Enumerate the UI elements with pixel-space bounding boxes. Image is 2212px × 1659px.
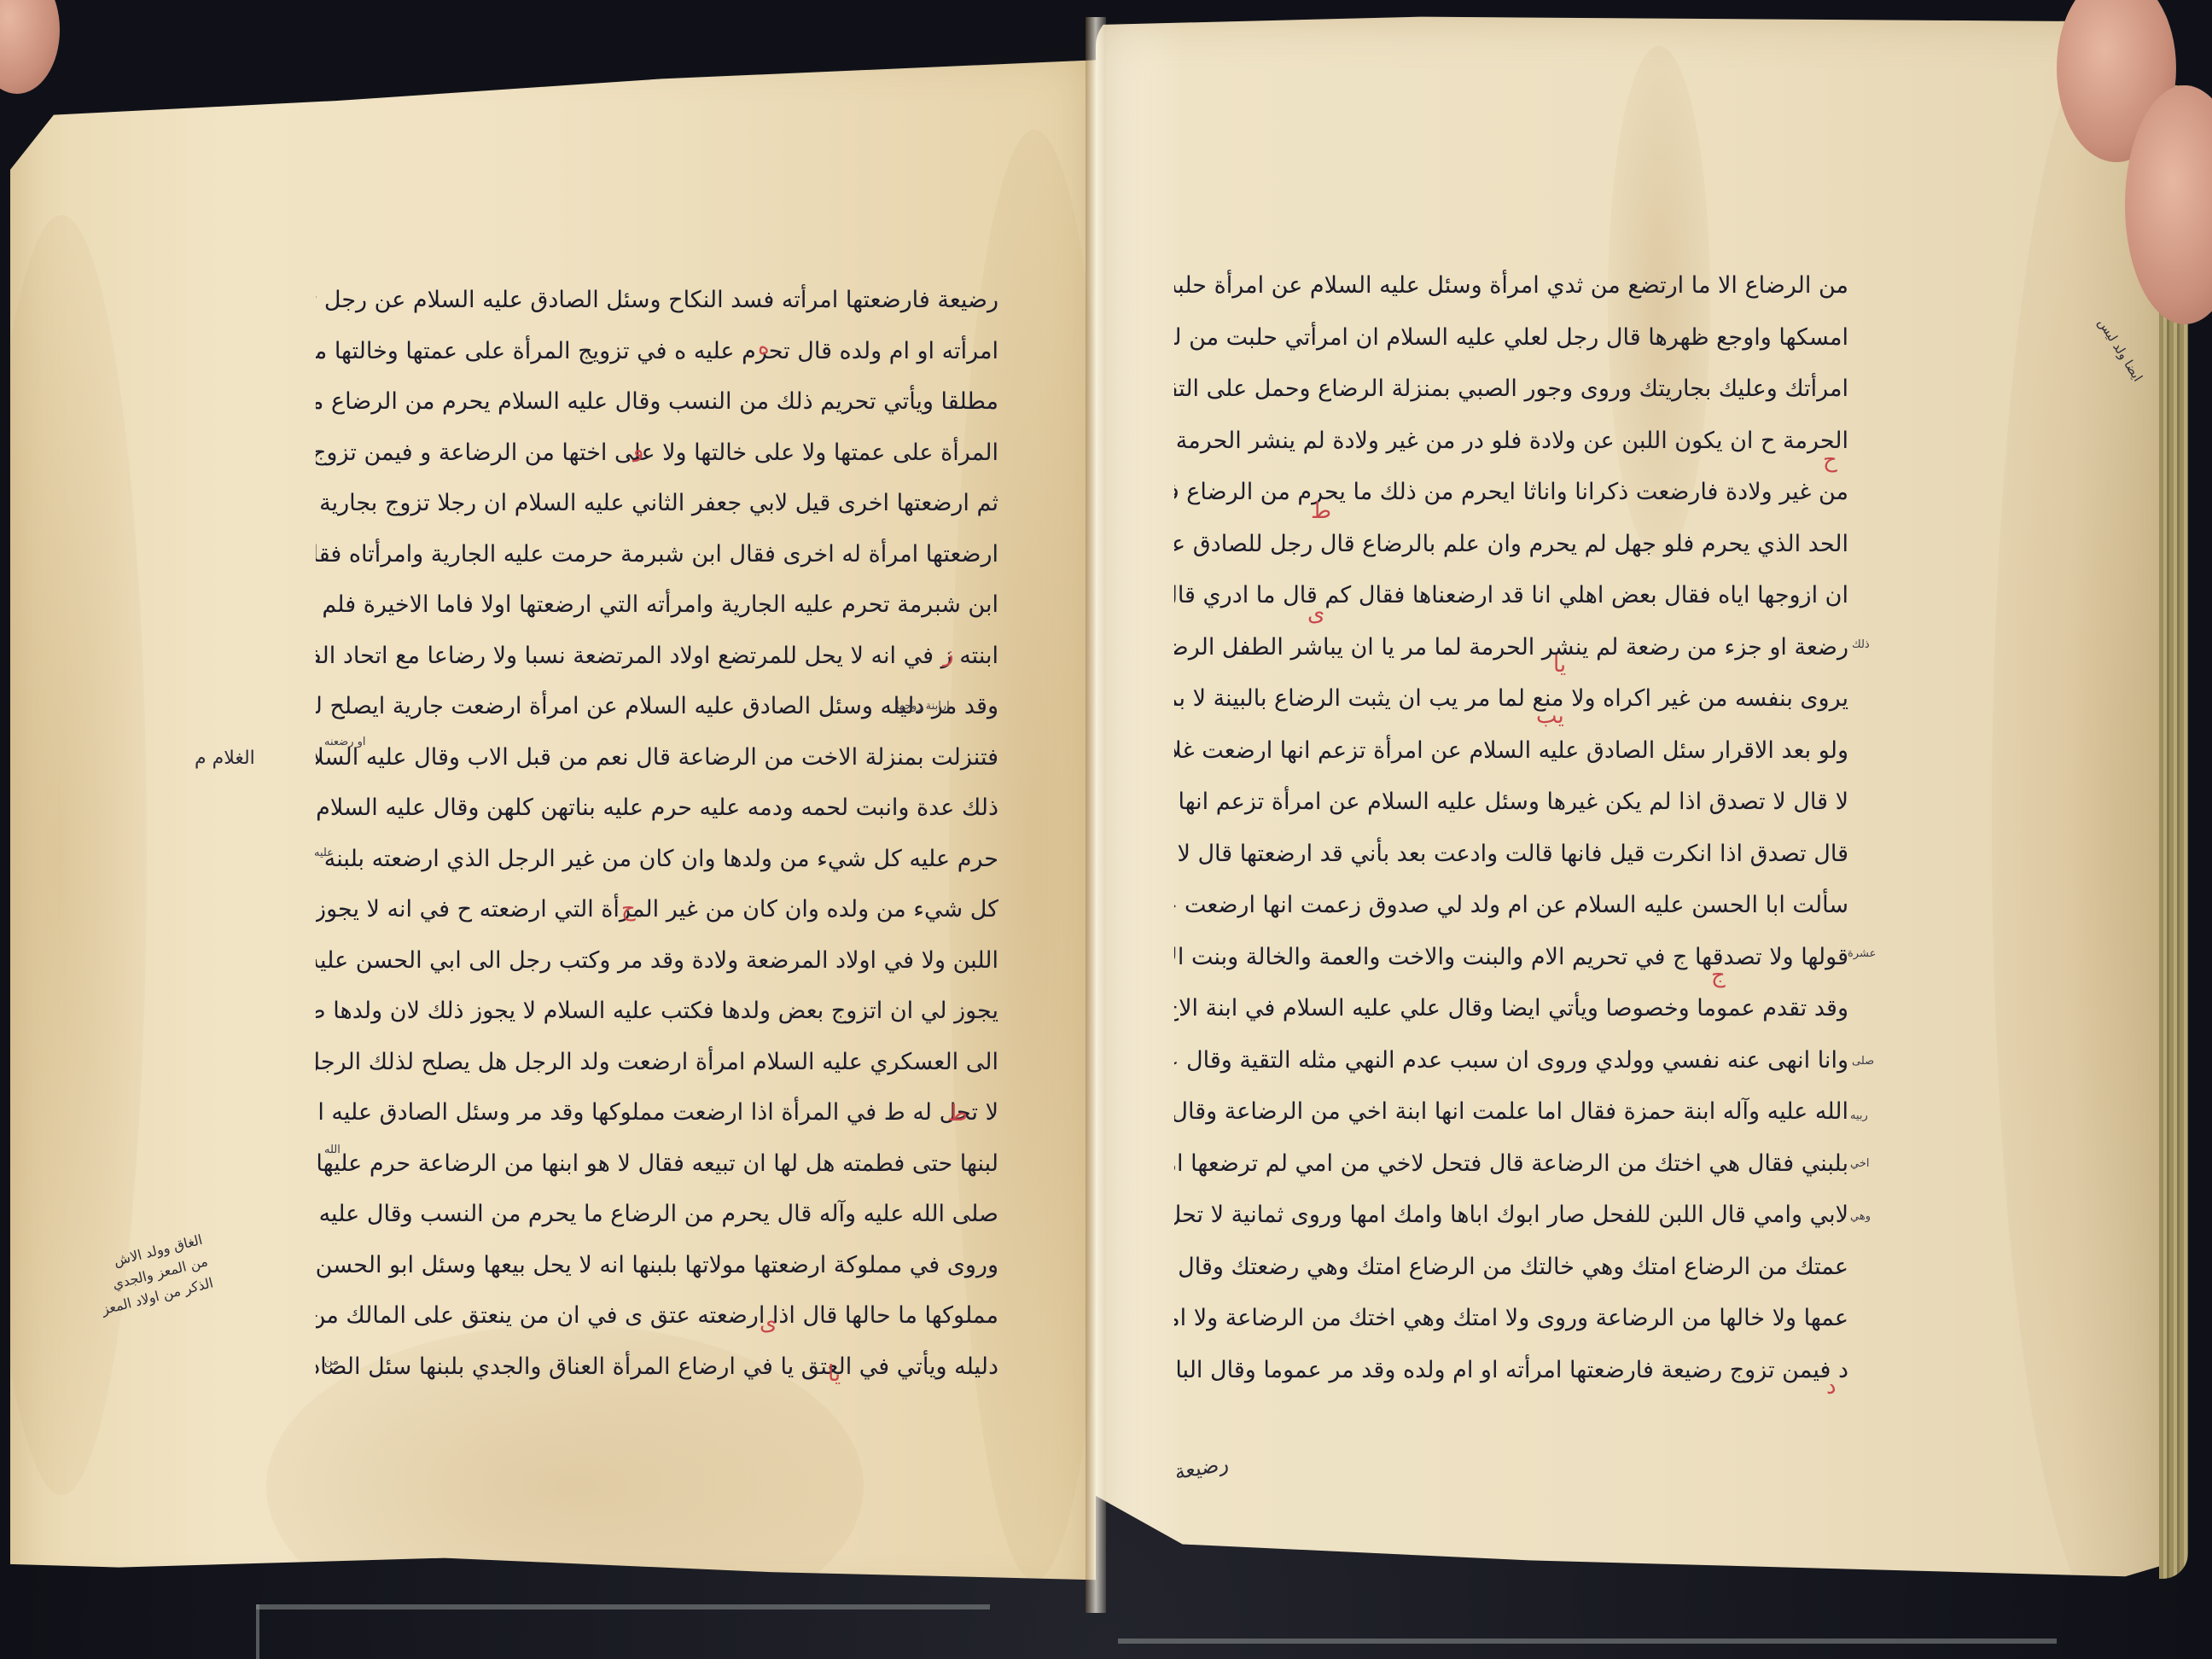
text-line: د فيمن تزوج رضيعة فارضعتها امرأته او ام … xyxy=(1174,1345,1848,1397)
text-line: الحد الذي يحرم فلو جهل لم يحرم وان علم ب… xyxy=(1174,519,1848,571)
rubric-marker: يا xyxy=(828,1361,841,1387)
table-marking-line xyxy=(256,1604,259,1659)
table-marking-line xyxy=(256,1604,990,1610)
book-gutter xyxy=(1086,17,1106,1613)
rubric-marker: د xyxy=(1826,1374,1837,1400)
rubric-marker: ح xyxy=(1823,447,1837,473)
rubric-marker: ى xyxy=(760,1310,777,1336)
text-line: وقد تقدم عموما وخصوصا ويأتي ايضا وقال عل… xyxy=(1174,983,1848,1035)
text-line: الله عليه وآله ابنة حمزة فقال اما علمت ا… xyxy=(1174,1086,1848,1138)
text-line: سألت ابا الحسن عليه السلام عن ام ولد لي … xyxy=(1174,880,1848,932)
text-line: من غير ولادة فارضعت ذكرانا واناثا ايحرم … xyxy=(1174,467,1848,519)
rubric-marker: يب xyxy=(1536,703,1564,729)
text-line: دليله ويأتي في العتق يا في ارضاع المرأة … xyxy=(316,1342,998,1393)
text-line: امرأته او ام ولده قال تحرم عليه ه في تزو… xyxy=(316,326,998,377)
text-line: ارضعتها امرأة له اخرى فقال ابن شبرمة حرم… xyxy=(316,529,998,580)
text-line: وروى في مملوكة ارضعتها مولاتها بلبنها ان… xyxy=(316,1240,998,1291)
text-line: مطلقا ويأتي تحريم ذلك من النسب وقال عليه… xyxy=(316,376,998,428)
text-line: يروى بنفسه من غير اكراه ولا منع لما مر ي… xyxy=(1174,673,1848,725)
text-line: بلبني فقال هي اختك من الرضاعة قال فتحل ل… xyxy=(1174,1138,1848,1190)
text-line: الحرمة ح ان يكون اللبن عن ولادة فلو در م… xyxy=(1174,416,1848,468)
margin-note: الغلام م xyxy=(195,748,255,769)
interlinear-note: ذلك xyxy=(1852,638,1870,651)
rubric-marker: ى xyxy=(1307,601,1324,626)
rubric-marker: ه xyxy=(758,335,770,360)
text-line: ذلك عدة وانبت لحمه ودمه عليه حرم عليه بن… xyxy=(316,783,998,834)
text-line: الى العسكري عليه السلام امرأة ارضعت ولد … xyxy=(316,1037,998,1088)
text-line: ان ازوجها اياه فقال بعض اهلي انا قد ارضع… xyxy=(1174,570,1848,622)
table-marking-line xyxy=(1118,1639,2057,1644)
rubric-marker: ج xyxy=(1711,963,1726,988)
interlinear-note: او رضعنه xyxy=(324,736,366,748)
text-line: من الرضاع الا ما ارتضع من ثدي امرأة وسئل… xyxy=(1174,260,1848,312)
text-line: ولو بعد الاقرار سئل الصادق عليه السلام ع… xyxy=(1174,725,1848,777)
text-line: رضيعة فارضعتها امرأته فسد النكاح وسئل ال… xyxy=(316,275,998,326)
rubric-marker: ط xyxy=(1311,498,1331,524)
text-line: لا قال لا تصدق اذا لم يكن غيرها وسئل علي… xyxy=(1174,777,1848,829)
left-page-text: رضيعة فارضعتها امرأته فسد النكاح وسئل ال… xyxy=(316,275,998,1392)
interlinear-note: عشرة xyxy=(1848,947,1876,960)
interlinear-note: ارابنة زوجها xyxy=(896,700,950,713)
text-line: كل شيء من ولده وان كان من غير المرأة الت… xyxy=(316,884,998,935)
text-line: يجوز لي ان اتزوج بعض ولدها فكتب عليه الس… xyxy=(316,986,998,1037)
text-line: وانا انهى عنه نفسي وولدي وروى ان سبب عدم… xyxy=(1174,1035,1848,1087)
text-line: حرم عليه كل شيء من ولدها وان كان من غير … xyxy=(316,834,998,885)
text-line: قولها ولا تصدقها ج في تحريم الام والبنت … xyxy=(1174,932,1848,984)
right-page-text: من الرضاع الا ما ارتضع من ثدي امرأة وسئل… xyxy=(1174,260,1848,1396)
interlinear-note: اخي xyxy=(1850,1157,1869,1170)
text-line: صلى الله عليه وآله قال يحرم من الرضاع ما… xyxy=(316,1189,998,1240)
text-line: امسكها واوجع ظهرها قال رجل لعلي عليه الس… xyxy=(1174,312,1848,364)
rubric-marker: ط xyxy=(947,1101,968,1126)
text-line: اللبن ولا في اولاد المرضعة ولادة وقد مر … xyxy=(316,935,998,987)
interlinear-note: من xyxy=(324,1355,339,1368)
manuscript-photo: رضيعة فارضعتها امرأته فسد النكاح وسئل ال… xyxy=(0,0,2212,1659)
text-line: مملوكها ما حالها قال اذا ارضعته عتق ى في… xyxy=(316,1290,998,1342)
text-line: ابنته ز في انه لا يحل للمرتضع اولاد المر… xyxy=(316,631,998,682)
text-line: المرأة على عمتها ولا على خالتها ولا على … xyxy=(316,428,998,479)
text-line: لا تحل له ط في المرأة اذا ارضعت مملوكها … xyxy=(316,1087,998,1138)
text-line: ثم ارضعتها اخرى قيل لابي جعفر الثاني علي… xyxy=(316,478,998,529)
interlinear-note: ربيه xyxy=(1850,1109,1868,1122)
text-line: رضعة او جزء من رضعة لم ينشر الحرمة لما م… xyxy=(1174,622,1848,674)
text-line: امرأتك وعليك بجاريتك وروى وجور الصبي بمن… xyxy=(1174,364,1848,416)
text-line: ابن شبرمة تحرم عليه الجارية وامرأته التي… xyxy=(316,579,998,631)
text-line: عمتك من الرضاع امتك وهي خالتك من الرضاع … xyxy=(1174,1242,1848,1294)
text-line: لبنها حتى فطمته هل لها ان تبيعه فقال لا … xyxy=(316,1138,998,1190)
text-line: لابي وامي قال اللبن للفحل صار ابوك اباها… xyxy=(1174,1190,1848,1242)
rubric-marker: ح xyxy=(621,896,636,922)
interlinear-note: عليه xyxy=(314,847,334,859)
text-line: عمها ولا خالها من الرضاعة وروى ولا امتك … xyxy=(1174,1293,1848,1345)
text-line: قال تصدق اذا انكرت قيل فانها قالت وادعت … xyxy=(1174,829,1848,881)
interlinear-note: الله xyxy=(324,1144,341,1156)
interlinear-note: صلى xyxy=(1852,1055,1874,1068)
rubric-marker: و xyxy=(633,437,644,463)
rubric-marker: ز xyxy=(943,642,954,667)
rubric-marker: يا xyxy=(1553,652,1566,678)
interlinear-note: وهي xyxy=(1850,1210,1871,1223)
text-line: فتنزلت بمنزلة الاخت من الرضاعة قال نعم م… xyxy=(316,732,998,783)
